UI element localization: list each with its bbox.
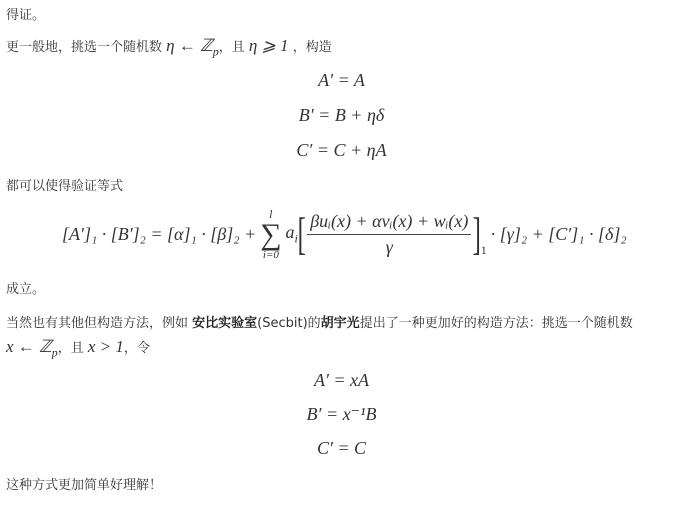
text-segment: ，构造: [289, 40, 332, 55]
text-verification-intro: 都可以使得验证等式: [6, 177, 123, 197]
equation-a-prime: A′ = A: [0, 70, 683, 91]
text-holds: 成立。: [6, 280, 45, 300]
fraction-denominator: γ: [386, 235, 393, 258]
math-text: η ← ℤ: [166, 36, 213, 55]
fraction: βuᵢ(x) + αvᵢ(x) + wᵢ(x) γ: [307, 211, 471, 258]
math-text: x ← ℤ: [6, 337, 52, 356]
text-secbit-lab: 安比实验室: [192, 316, 257, 331]
equation-b-prime: B′ = B + ηδ: [0, 105, 683, 126]
equation-lhs: [A′]₁ · [B′]₂ = [α]₁ · [β]₂ +: [62, 224, 256, 245]
equation-a-prime-alt: A′ = xA: [0, 370, 683, 391]
right-bracket: ]: [473, 211, 481, 257]
text-alternative-construction: 当然也有其他但构造方法，例如 安比实验室(Secbit)的胡宇光提出了一种更加好…: [6, 314, 633, 334]
text-segment: (Secbit)的: [257, 316, 321, 331]
fraction-numerator: βuᵢ(x) + αvᵢ(x) + wᵢ(x): [307, 211, 471, 235]
left-bracket: [: [297, 211, 305, 257]
text-segment: ，令: [124, 341, 150, 356]
text-conclusion: 这种方式更加简单好理解！: [6, 476, 162, 496]
coef-text: a: [286, 222, 295, 242]
sum-symbol: ∑: [260, 221, 281, 249]
text-segment: 更一般地，挑选一个随机数: [6, 40, 166, 55]
text-segment: ，且: [219, 40, 249, 55]
bracket-subscript: 1: [481, 243, 487, 258]
math-x-condition: x > 1: [88, 337, 124, 356]
coefficient: ai: [286, 222, 298, 247]
math-x-sampled: x ← ℤp: [6, 337, 58, 356]
math-eta-sampled: η ← ℤp: [166, 36, 219, 55]
equation-c-prime: C′ = C + ηA: [0, 140, 683, 161]
text-segment: 当然也有其他但构造方法，例如: [6, 316, 192, 331]
text-x-sampling: x ← ℤp，且 x > 1，令: [6, 337, 150, 362]
sum-lower-limit: i=0: [263, 250, 279, 261]
summation: l ∑ i=0: [260, 208, 281, 261]
text-segment: ，且: [58, 341, 88, 356]
math-eta-condition: η ⩾ 1: [249, 36, 289, 55]
text-proof-done: 得证。: [6, 6, 45, 26]
equation-b-prime-alt: B′ = x⁻¹B: [0, 404, 683, 425]
text-general-construction: 更一般地，挑选一个随机数 η ← ℤp，且 η ⩾ 1 ，构造: [6, 36, 332, 61]
equation-rhs: · [γ]₂ + [C′]₁ · [δ]₂: [491, 224, 627, 245]
text-author-name: 胡宇光: [321, 316, 360, 331]
verification-equation: [A′]₁ · [B′]₂ = [α]₁ · [β]₂ + l ∑ i=0 ai…: [62, 198, 627, 270]
equation-c-prime-alt: C′ = C: [0, 438, 683, 459]
text-segment: 提出了一种更加好的构造方法：挑选一个随机数: [360, 316, 633, 331]
